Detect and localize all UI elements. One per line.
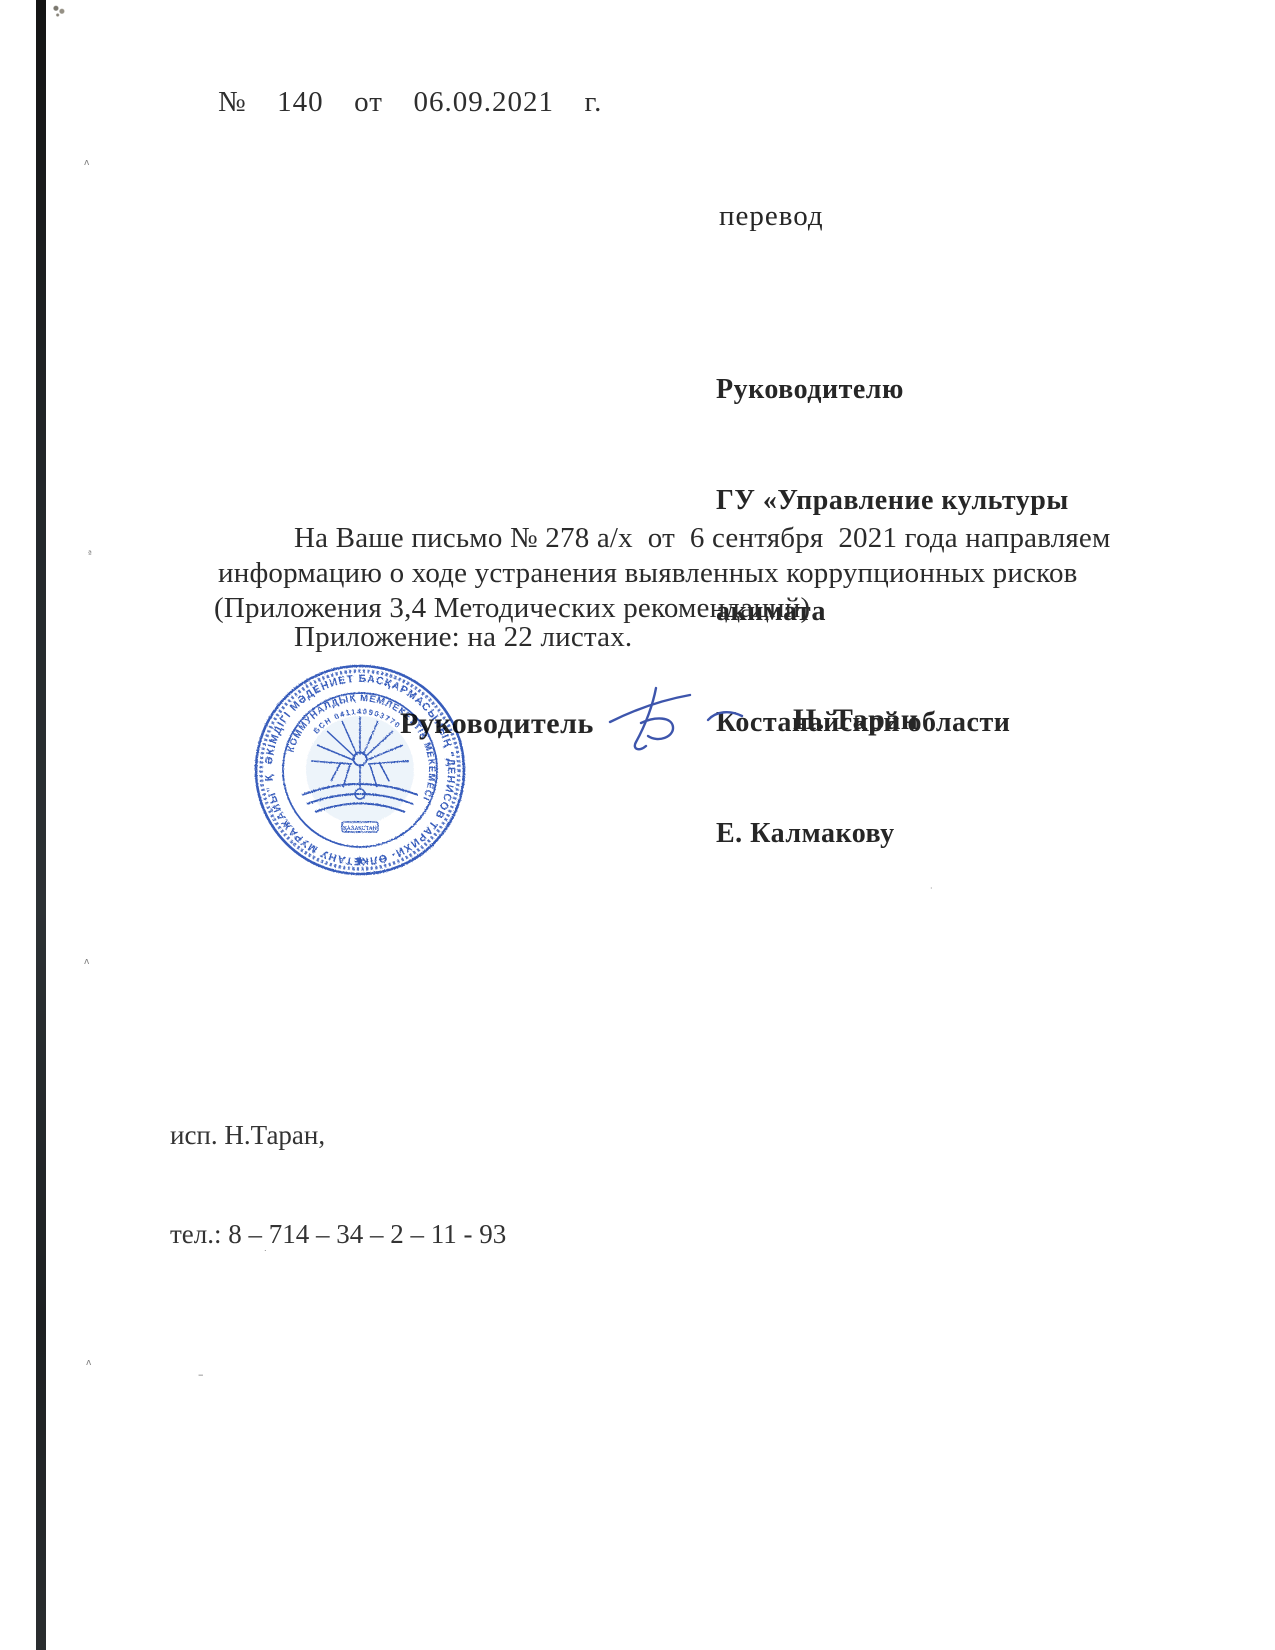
addressee-line: ГУ «Управление культуры bbox=[716, 482, 1069, 519]
stamp-center-label: ҚАЗАҚСТАН bbox=[343, 826, 376, 832]
reference-number-line: № 140 от 06.09.2021 г. bbox=[218, 86, 602, 119]
addressee-line: Руководителю bbox=[716, 371, 1069, 408]
stamp-star-icon: ★ bbox=[354, 853, 366, 868]
addressee-line: Е. Калмакову bbox=[716, 815, 1069, 852]
executor-phone: тел.: 8 – 714 – 34 – 2 – 11 - 93 bbox=[170, 1218, 506, 1251]
scan-corner-smudge bbox=[50, 3, 67, 18]
scan-artifact: ª bbox=[88, 549, 92, 558]
official-stamp: ӘКІМДІГІ МӘДЕНИЕТ БАСҚАРМАСЫНЫҢ "ДЕНИСОВ… bbox=[249, 659, 471, 881]
scanned-letter-page: ʌ ª · ʌ . – ʌ № 140 от 06.09.2021 г. пер… bbox=[0, 0, 1275, 1650]
handwritten-signature bbox=[596, 676, 766, 760]
body-line: На Ваше письмо № 278 а/х от 6 сентября 2… bbox=[294, 522, 1111, 555]
signatory-name: Н. Таран bbox=[793, 703, 919, 737]
scan-artifact: ʌ bbox=[84, 957, 89, 967]
scan-artifact: – bbox=[198, 1368, 204, 1381]
body-line: Приложение: на 22 листах. bbox=[294, 621, 632, 654]
translation-label: перевод bbox=[719, 200, 824, 233]
scan-artifact: ʌ bbox=[86, 1358, 91, 1368]
body-line: информацию о ходе устранения выявленных … bbox=[218, 557, 1078, 590]
executor-footer: исп. Н.Таран, тел.: 8 – 714 – 34 – 2 – 1… bbox=[170, 1053, 506, 1317]
scan-edge-strip bbox=[36, 0, 46, 1650]
scan-artifact: ʌ bbox=[84, 158, 89, 168]
executor-name: исп. Н.Таран, bbox=[170, 1119, 506, 1152]
